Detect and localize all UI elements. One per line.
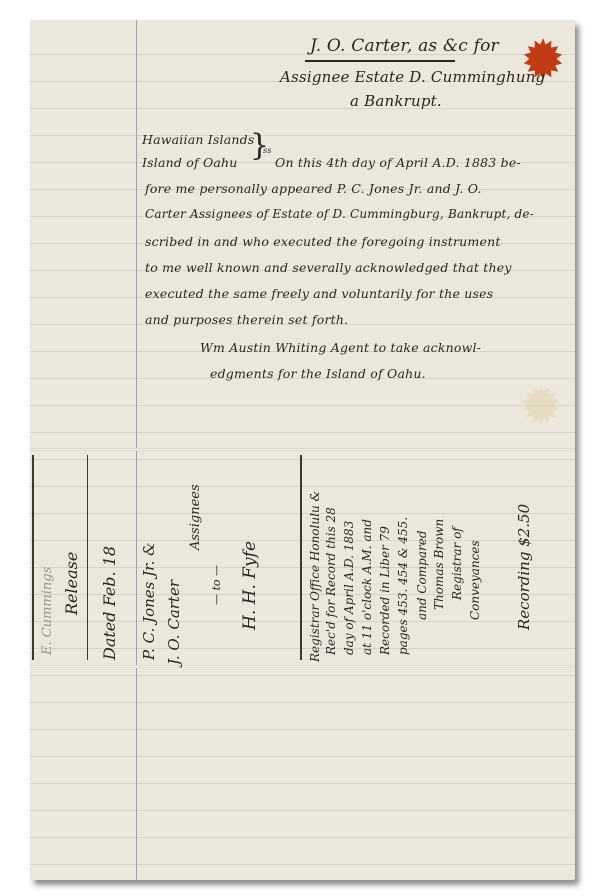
body-line-1: On this 4th day of April A.D. 1883 be- <box>275 155 521 170</box>
signature-line-1: Wm Austin Whiting Agent to take acknowl- <box>200 340 481 355</box>
register-line-5: Recorded in Liber 79 <box>378 526 392 655</box>
body-line-7: and purposes therein set forth. <box>145 312 348 327</box>
signature-line-2: edgments for the Island of Oahu. <box>210 366 426 381</box>
heading-name: J. O. Carter, as &c for <box>310 36 499 56</box>
register-line-3: day of April A.D. 1883 <box>342 521 356 655</box>
register-line-1: Registrar Office Honolulu & <box>308 491 322 662</box>
endorse-to: — to — <box>210 565 223 605</box>
register-line-7: and Compared <box>415 530 429 620</box>
heading-assignee: Assignee Estate D. Cumminghung <box>280 68 545 86</box>
endorse-jones: P. C. Jones Jr. & <box>140 542 158 660</box>
venue-ss: ss <box>263 146 272 155</box>
embossed-seal-icon <box>520 385 562 427</box>
endorse-faint-name: E. Cummings <box>40 567 55 655</box>
body-line-4: scribed in and who executed the foregoin… <box>145 234 501 249</box>
venue-island: Island of Oahu <box>142 155 238 170</box>
document-page: J. O. Carter, as &c for Assignee Estate … <box>30 20 575 880</box>
endorsement-panel: E. Cummings Release Dated Feb. 18 P. C. … <box>30 450 575 665</box>
heading-bankrupt: a Bankrupt. <box>350 92 442 110</box>
body-line-5: to me well known and severally acknowled… <box>145 260 512 275</box>
endorse-dated: Dated Feb. 18 <box>100 546 119 660</box>
register-line-2: Rec'd for Record this 28 <box>324 507 338 655</box>
fold-crease-lower <box>30 665 575 668</box>
body-line-3: Carter Assignees of Estate of D. Cumming… <box>145 207 534 221</box>
register-line-4: at 11 o'clock A.M. and <box>360 519 374 655</box>
body-line-6: executed the same freely and voluntarily… <box>145 286 493 301</box>
register-line-10: Conveyances <box>468 540 482 620</box>
endorse-release: Release <box>62 552 81 615</box>
endorse-fyfe: H. H. Fyfe <box>240 541 260 630</box>
endorse-assignees: Assignees <box>188 484 203 550</box>
endorse-border-left <box>32 455 34 660</box>
register-line-8: Thomas Brown <box>432 519 446 610</box>
heading-underline <box>305 60 455 62</box>
body-line-2: fore me personally appeared P. C. Jones … <box>145 181 482 196</box>
register-line-6: pages 453. 454 & 455. <box>396 517 410 655</box>
venue-islands: Hawaiian Islands <box>142 132 254 147</box>
endorse-carter: J. O. Carter <box>165 580 183 665</box>
register-line-9: Registrar of <box>450 527 464 600</box>
endorse-divider-1 <box>87 455 88 660</box>
endorse-divider-2 <box>300 455 302 660</box>
recording-fee: Recording $2.50 <box>515 504 533 630</box>
